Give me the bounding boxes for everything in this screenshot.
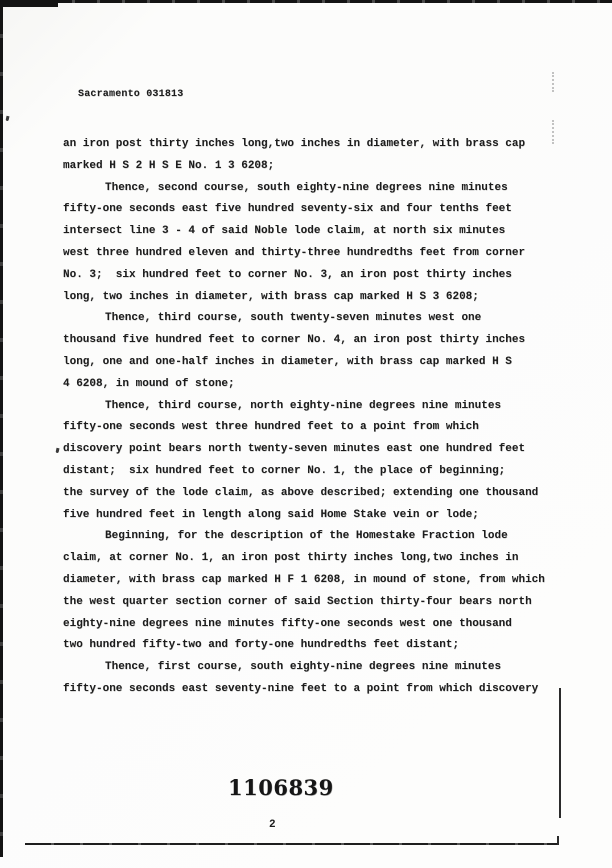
scan-edge-right [559, 688, 561, 818]
document-line: two hundred fifty-two and forty-one hund… [63, 635, 563, 657]
document-line: Thence, first course, south eighty-nine … [63, 657, 563, 679]
scan-edge-bottom [25, 843, 559, 845]
document-line: No. 3; six hundred feet to corner No. 3,… [63, 265, 563, 287]
scan-noise-speck [6, 116, 10, 122]
page-number: 2 [269, 819, 276, 831]
document-line: the survey of the lode claim, as above d… [63, 483, 563, 505]
document-line: Thence, third course, north eighty-nine … [63, 396, 563, 418]
document-line: an iron post thirty inches long,two inch… [63, 134, 563, 156]
document-line: marked H S 2 H S E No. 1 3 6208; [63, 156, 563, 178]
document-line: discovery point bears north twenty-seven… [63, 439, 563, 461]
document-line: five hundred feet in length along said H… [63, 505, 563, 527]
document-body: an iron post thirty inches long,two inch… [63, 134, 563, 701]
scan-edge-left [0, 0, 3, 857]
document-line: diameter, with brass cap marked H F 1 62… [63, 570, 563, 592]
document-line: intersect line 3 - 4 of said Noble lode … [63, 221, 563, 243]
scan-edge-bottom-tick [557, 836, 559, 845]
document-line: 4 6208, in mound of stone; [63, 374, 563, 396]
document-line: distant; six hundred feet to corner No. … [63, 461, 563, 483]
document-line: long, two inches in diameter, with brass… [63, 287, 563, 309]
scan-edge-top-left-blob [0, 0, 58, 7]
document-line: fifty-one seconds west three hundred fee… [63, 417, 563, 439]
document-line: claim, at corner No. 1, an iron post thi… [63, 548, 563, 570]
document-line: eighty-nine degrees nine minutes fifty-o… [63, 614, 563, 636]
document-line: fifty-one seconds east five hundred seve… [63, 199, 563, 221]
document-line: Thence, second course, south eighty-nine… [63, 178, 563, 200]
scan-noise-dotted-mark [552, 72, 554, 92]
scan-noise-speck [56, 448, 60, 454]
document-line: fifty-one seconds east seventy-nine feet… [63, 679, 563, 701]
document-line: west three hundred eleven and thirty-thr… [63, 243, 563, 265]
document-line: the west quarter section corner of said … [63, 592, 563, 614]
serial-number-stamp: 1106839 [228, 775, 334, 800]
document-line: Beginning, for the description of the Ho… [63, 526, 563, 548]
document-id-header: Sacramento 031813 [78, 89, 183, 100]
scanned-document-page: Sacramento 031813 an iron post thirty in… [0, 0, 612, 868]
document-line: long, one and one-half inches in diamete… [63, 352, 563, 374]
document-line: Thence, third course, south twenty-seven… [63, 308, 563, 330]
scan-edge-top [0, 0, 612, 3]
document-line: thousand five hundred feet to corner No.… [63, 330, 563, 352]
